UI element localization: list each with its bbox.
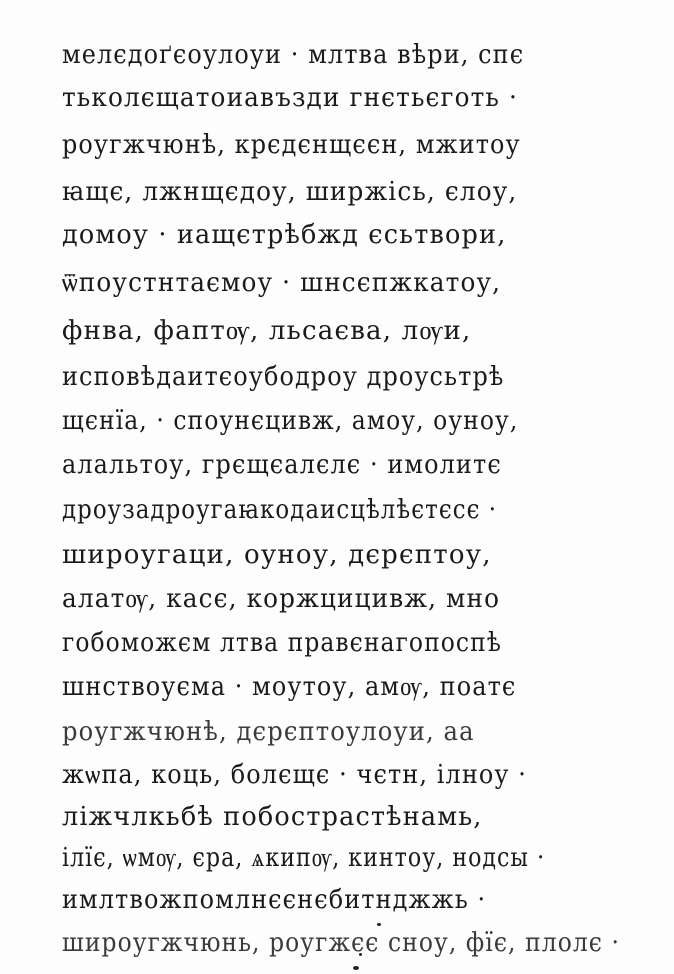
manuscript-line-2: тьколєщатоиавъзди гнєтьєготь · <box>62 81 518 115</box>
manuscript-line-15: шнствоуєма · моутоу, амѹ, поатє <box>62 670 516 704</box>
manuscript-line-12: широугаци, оуноу, дєрєптоу, <box>62 538 492 572</box>
manuscript-line-19: ілїє, ѡмѹ, єра, ѧкипѹ, кинтоу, нодсы · <box>62 841 545 875</box>
manuscript-line-13: алатѹ, касє, коржцицивж, мно <box>62 582 500 616</box>
manuscript-line-6: ѿпоустнтаємоу · шнсєпжкатоу, <box>62 266 501 300</box>
manuscript-line-5: домоу · иащєтрѣбжд єсьтвори, <box>62 218 506 252</box>
manuscript-line-1: мелєдоґєоулоуи · млтва вѣри, спє <box>62 38 524 72</box>
manuscript-page: мелєдоґєоулоуи · млтва вѣри, спє тьколєщ… <box>0 0 674 974</box>
manuscript-line-4: ꙗщє, лжнщєдоу, ширжісь, єлоу, <box>62 175 517 209</box>
manuscript-line-10: алальтоу, грєщєалєлє · имолитє <box>62 448 502 482</box>
manuscript-line-14: гобоможєм лтва правєнагопоспѣ <box>62 626 502 660</box>
manuscript-line-16: роугжчюнѣ, дєрєптоулоуи, аа <box>62 715 475 749</box>
manuscript-line-21: широугжчюнь, роугжєє сноу, фїє, плолє · <box>62 926 620 960</box>
manuscript-line-11: дроузадроугаꙗкодаисцѣлѣєтєсє · <box>62 493 497 527</box>
manuscript-line-20: имлтвожпомлнєєнєбитнджжь · <box>62 883 486 917</box>
manuscript-line-17: жѡпа, коць, болєщє · чєтн, ілноу · <box>62 758 527 792</box>
manuscript-line-9: щєнїа, · споунєцивж, амоу, оуноу, <box>62 404 518 438</box>
manuscript-line-7: фнва, фаптѹ, льсаєва, лѹи, <box>62 314 471 348</box>
manuscript-line-3: роугжчюнѣ, крєдєнщєєн, мжитоу <box>62 128 521 162</box>
manuscript-line-8: исповѣдаитєоубодроу дроусьтрѣ <box>62 360 504 394</box>
manuscript-line-18: ліжчлкьбѣ побострастѣнамь, <box>62 800 483 834</box>
ink-speck <box>353 966 359 970</box>
